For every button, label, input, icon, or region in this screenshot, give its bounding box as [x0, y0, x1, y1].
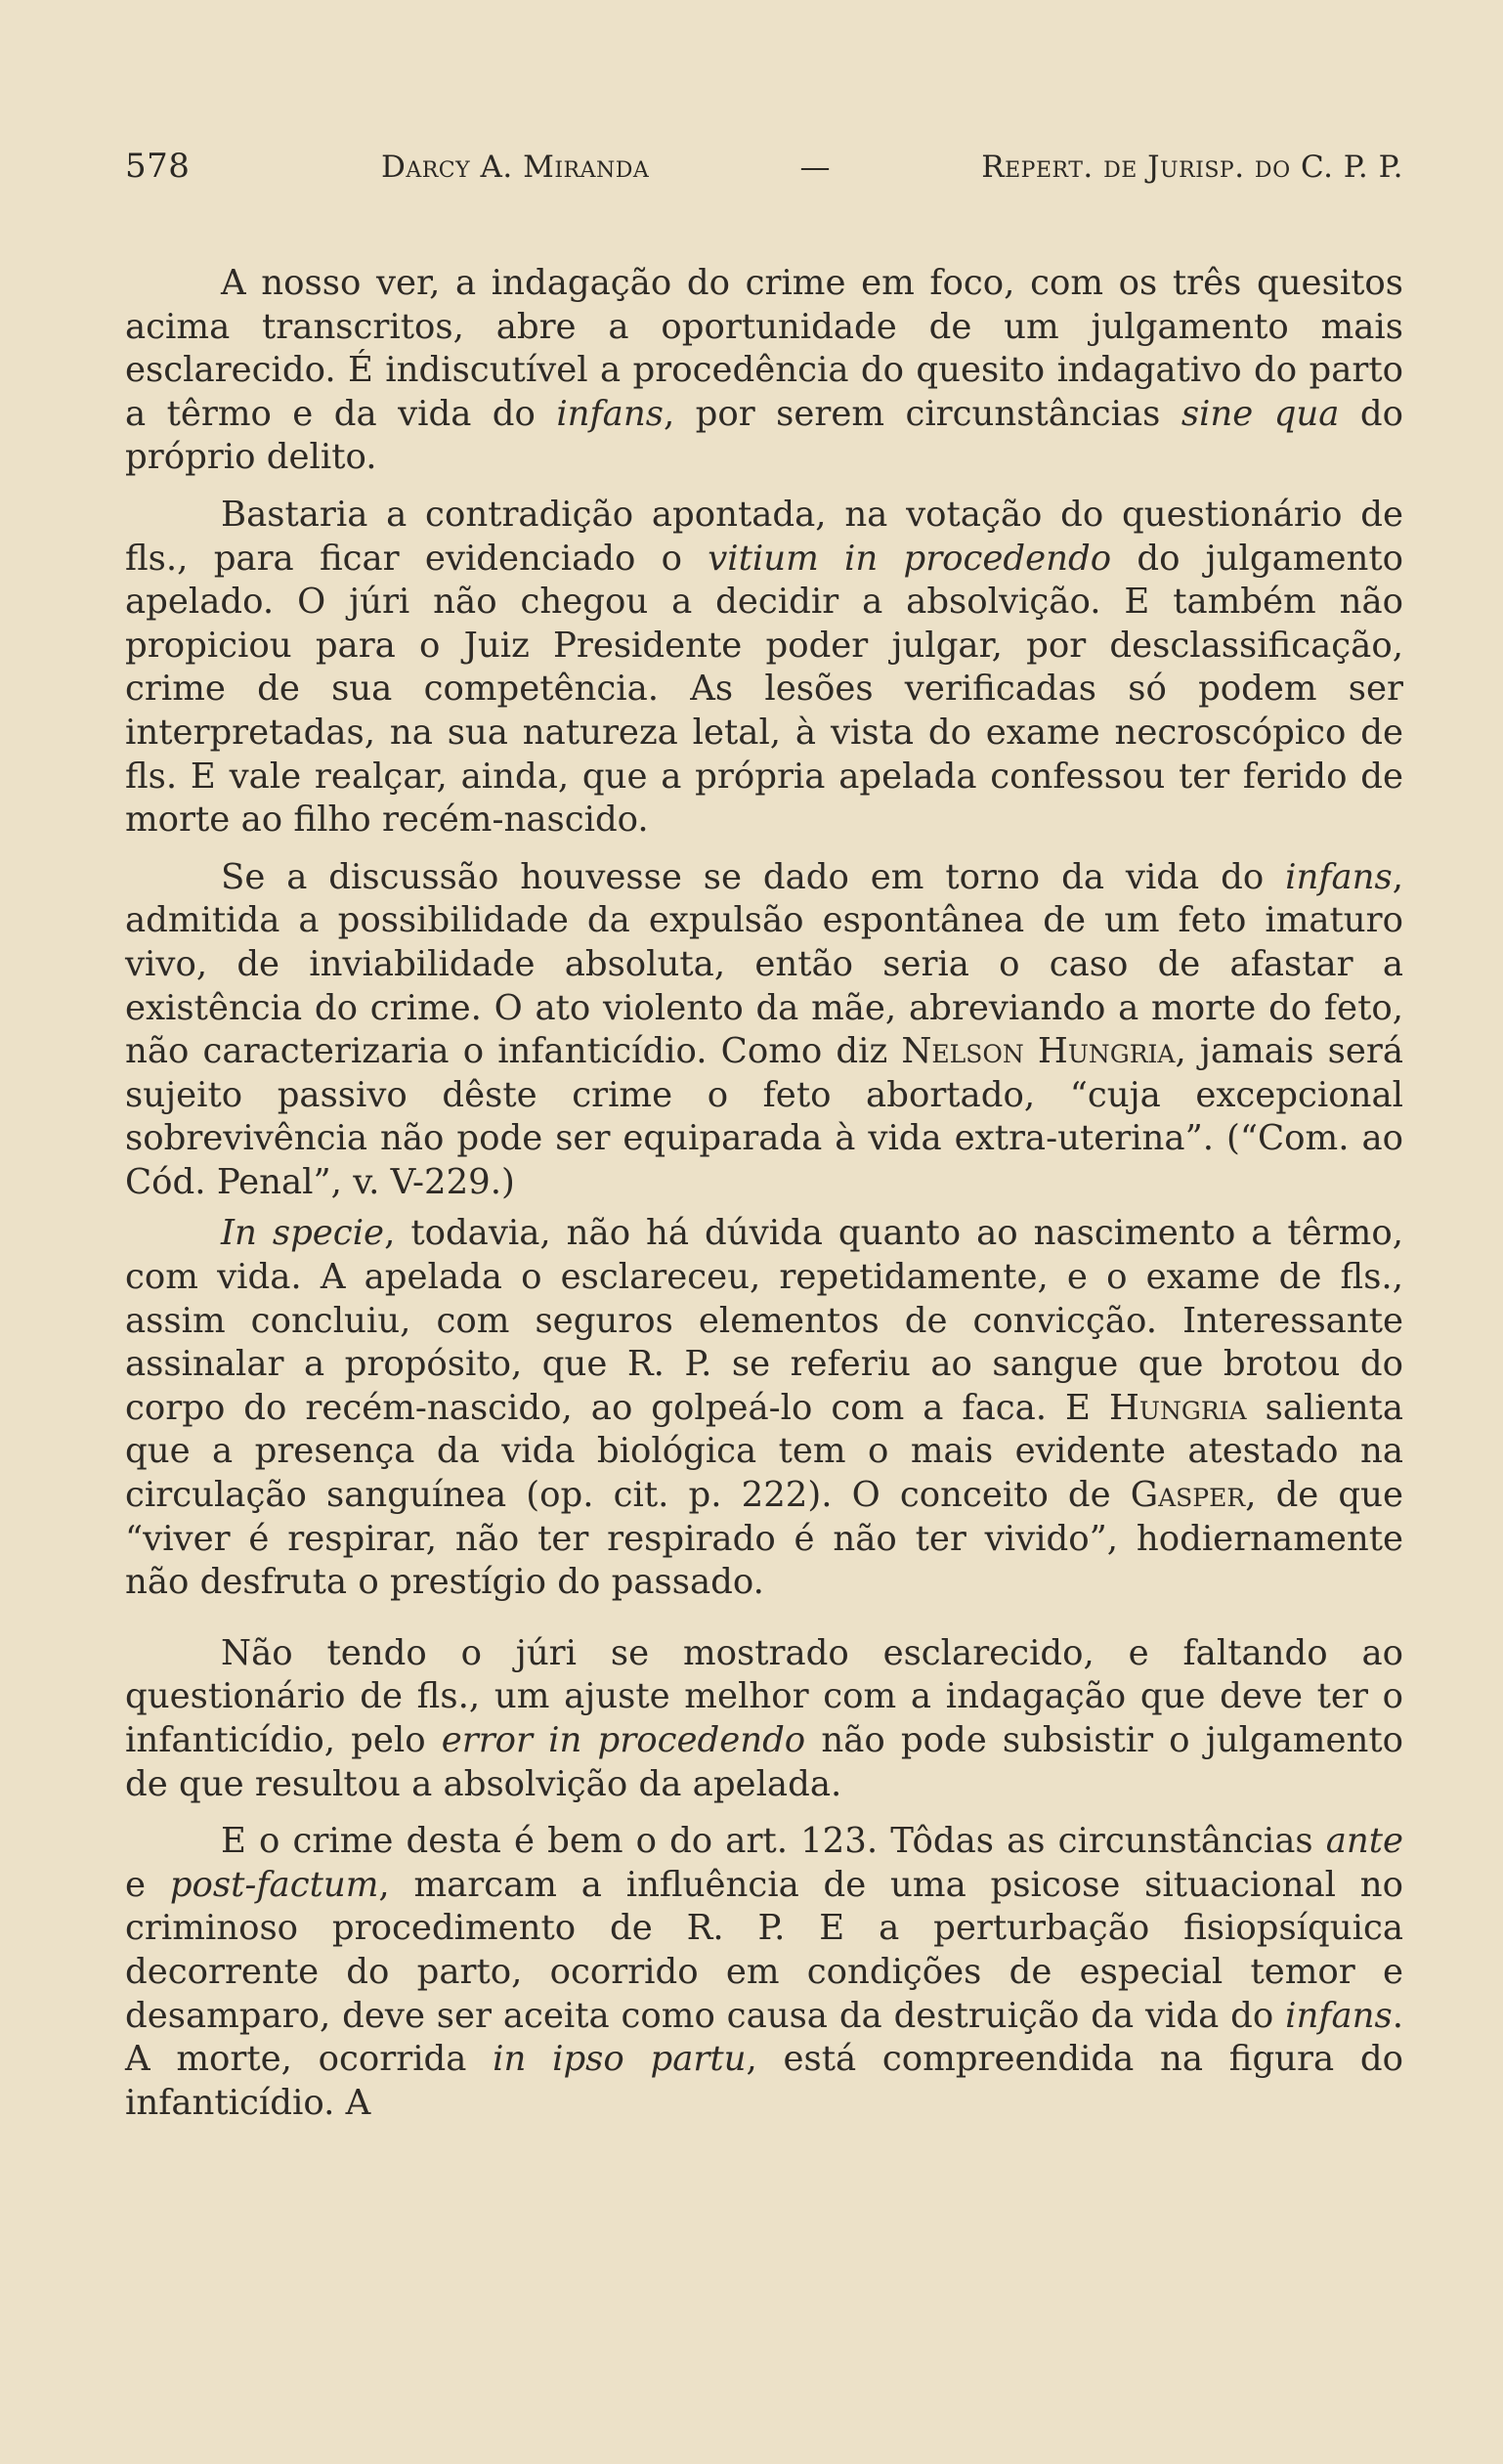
latin-term: post-factum	[170, 1865, 379, 1905]
paragraph: A nosso ver, a indagação do crime em foc…	[125, 262, 1403, 480]
author-name: Darcy A. Miranda	[381, 150, 649, 185]
latin-term: vitium in procedendo	[708, 539, 1111, 579]
work-title: Repert. de Jurisp. do C. P. P.	[981, 150, 1403, 185]
latin-term: infans	[1285, 1996, 1393, 2036]
page-number: 578	[125, 147, 381, 186]
cited-author: Gasper	[1131, 1475, 1245, 1515]
title-dash: —	[800, 150, 832, 185]
body-text: A nosso ver, a indagação do crime em foc…	[125, 262, 1403, 2125]
paragraph: Se a discussão houvesse se dado em torno…	[125, 856, 1403, 1205]
paragraph: E o crime desta é bem o do art. 123. Tôd…	[125, 1820, 1403, 2125]
latin-term: infans	[556, 394, 664, 434]
running-head: 578 Darcy A. Miranda — Repert. de Jurisp…	[125, 147, 1403, 205]
latin-term: in ipso partu	[493, 2039, 746, 2079]
paragraph: Bastaria a contradição apontada, na vota…	[125, 494, 1403, 843]
paragraph: In specie, todavia, não há dúvida quanto…	[125, 1212, 1403, 1604]
latin-term: error in procedendo	[442, 1720, 805, 1760]
cited-author: Nelson Hungria	[901, 1031, 1175, 1071]
document-page: 578 Darcy A. Miranda — Repert. de Jurisp…	[125, 147, 1403, 2139]
cited-author: Hungria	[1109, 1388, 1247, 1428]
latin-term: in­fans	[1285, 857, 1393, 897]
running-title: Darcy A. Miranda — Repert. de Jurisp. do…	[381, 150, 1403, 185]
latin-term: sine qua	[1181, 394, 1340, 434]
latin-term: ante	[1326, 1821, 1403, 1861]
latin-term: In specie	[221, 1213, 384, 1253]
paragraph: Não tendo o júri se mostrado esclarecido…	[125, 1632, 1403, 1806]
